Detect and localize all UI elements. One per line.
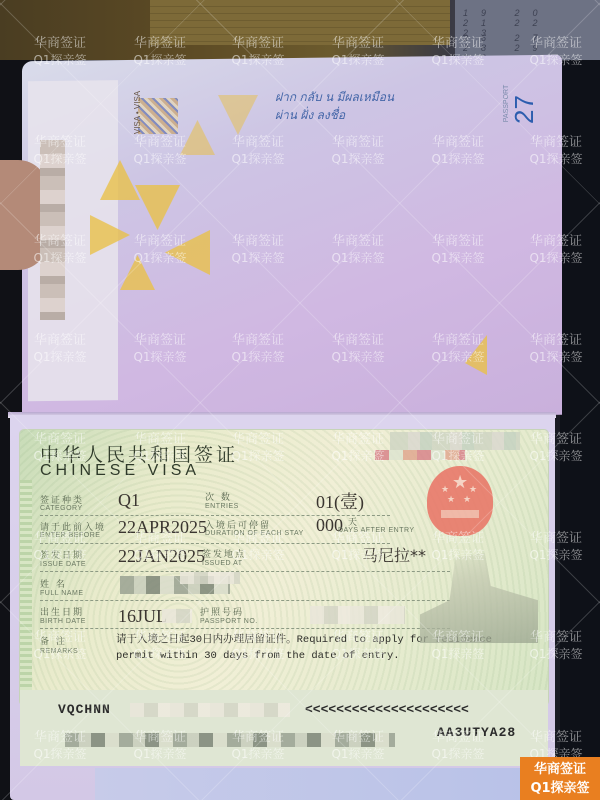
- mrz-line1-start: VQCHNN: [58, 702, 111, 717]
- redacted-header: [390, 432, 520, 450]
- calendar-day: 19: [463, 8, 499, 18]
- category-label-en: CATEGORY: [40, 505, 83, 512]
- duration-label-en: DURATION OF EACH STAY: [205, 530, 304, 537]
- handwritten-note: ฝาก กลับ น มีผลเหมือน ผ่าน ฝั่ง ลงชื่อ: [275, 88, 394, 124]
- entries-label-cn: 次 数: [205, 490, 232, 503]
- calendar-day: 20: [515, 8, 551, 18]
- calendar-day: 26: [463, 33, 499, 43]
- calendar-day: 21: [463, 18, 499, 28]
- mrz-line2-end: AA3UTYA28: [437, 725, 516, 740]
- keyboard-edge: [560, 60, 600, 800]
- background-notepad: [150, 0, 450, 45]
- duration-unit-en: DAYS AFTER ENTRY: [338, 527, 415, 534]
- divider: [40, 543, 390, 544]
- handwriting-line: ฝาก กลับ น มีผลเหมือน: [275, 88, 394, 106]
- passport-no-label-en: PASSPORT NO.: [200, 618, 258, 625]
- category-value: Q1: [118, 490, 140, 511]
- issue-date-label-en: ISSUE DATE: [40, 561, 86, 568]
- redacted-strip: [40, 140, 65, 320]
- enter-before-value: 22APR2025: [118, 517, 207, 538]
- enter-before-label-en: ENTER BEFORE: [40, 532, 100, 539]
- full-name-label-en: FULL NAME: [40, 590, 84, 597]
- full-name-label-cn: 姓 名: [40, 577, 67, 590]
- calendar-day: 27: [515, 33, 551, 43]
- remarks-label-cn: 备 注: [40, 634, 67, 647]
- page-number: 27: [509, 95, 540, 124]
- entries-label-en: ENTRIES: [205, 503, 239, 510]
- redacted-full-name: [180, 572, 240, 584]
- hologram-icon: [138, 98, 178, 134]
- handwriting-line: ผ่าน ฝั่ง ลงชื่อ: [275, 106, 394, 124]
- redacted-mrz: [130, 703, 290, 717]
- birth-date-label-en: BIRTH DATE: [40, 618, 86, 625]
- emblem-gate: [441, 510, 479, 518]
- passport-page-edge: [95, 768, 525, 800]
- visa-vertical-text: VISA • VISA: [133, 91, 142, 134]
- badge-line2: Q1探亲签: [520, 779, 600, 798]
- star-icon: ★: [463, 494, 471, 505]
- passport-no-label-cn: 护照号码: [200, 605, 244, 618]
- star-icon: ★: [452, 472, 468, 493]
- security-band: [20, 480, 32, 700]
- badge-line1: 华商签证: [520, 760, 600, 779]
- issued-at-label-en: ISSUED AT: [202, 560, 243, 567]
- entries-value: 01(壹): [316, 488, 364, 514]
- mrz-line1-fill: <<<<<<<<<<<<<<<<<<<<<: [305, 702, 469, 717]
- calendar-day: 29: [515, 43, 551, 53]
- watermark-badge: 华商签证 Q1探亲签: [520, 757, 600, 800]
- divider: [40, 571, 450, 572]
- visa-title-en: CHINESE VISA: [40, 462, 200, 480]
- divider: [40, 628, 450, 629]
- birth-date-value: 16JUL: [118, 606, 167, 627]
- divider: [40, 600, 450, 601]
- remarks-label-en: REMARKS: [40, 648, 78, 655]
- calendar-day: 22: [515, 18, 551, 28]
- issue-date-label-cn: 签发日期: [40, 548, 84, 561]
- issued-at-value: 马尼拉**: [362, 543, 426, 566]
- redacted-passport-no: [310, 606, 405, 624]
- redacted-header: [375, 450, 465, 460]
- redacted-mrz: [65, 733, 395, 747]
- issue-date-value: 22JAN2025: [118, 546, 205, 567]
- national-emblem-icon: ★ ★ ★ ★ ★: [427, 466, 493, 536]
- birth-date-label-cn: 出生日期: [40, 605, 84, 618]
- star-icon: ★: [447, 494, 455, 505]
- calendar-day: 28: [463, 43, 499, 53]
- redacted-birth-year: [162, 609, 192, 623]
- issued-at-label-cn: 签发地点: [202, 547, 246, 560]
